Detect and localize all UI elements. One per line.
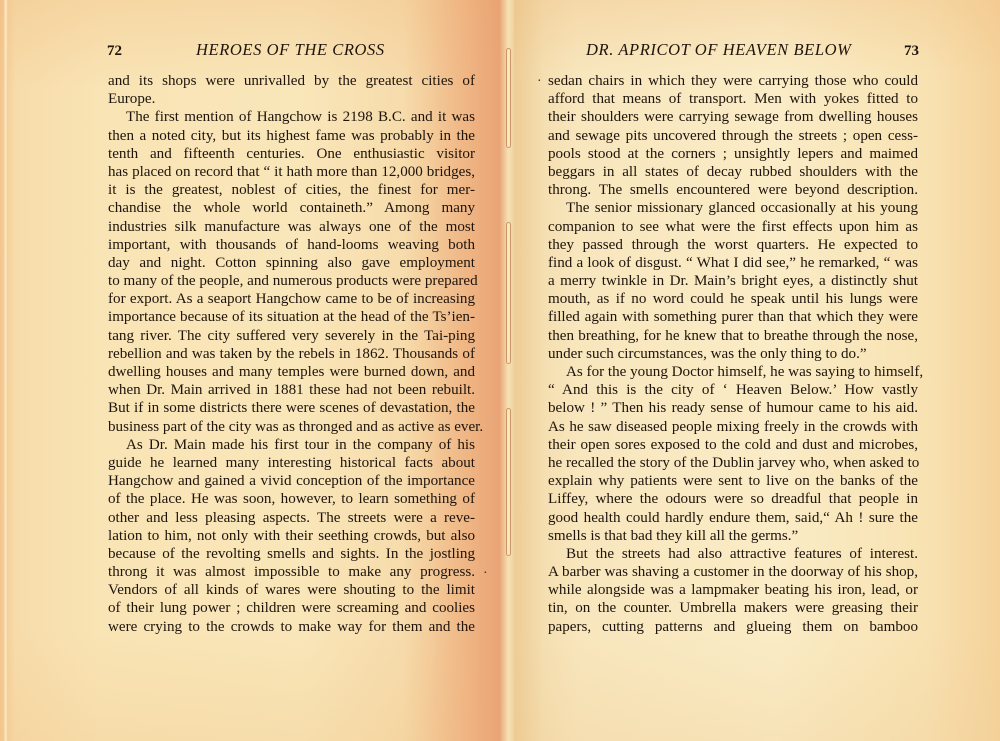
speck-mark: · [483,566,488,582]
right-page-number: 73 [904,41,919,61]
text-line: and its shops were unrivalled by the gre… [108,72,475,90]
text-line: papers, cutting patterns and glueing the… [548,618,918,636]
binding-stitch [506,48,511,148]
text-line: day and night. Cotton spinning also gave… [108,254,475,272]
text-line: pools stood at the corners ; unsightly l… [548,145,918,163]
text-line: throng. The smells encountered were beyo… [548,181,918,199]
text-line: find a look of disgust. “ What I did see… [548,254,918,272]
text-line: beggars in all states of decay rubbed sh… [548,163,918,181]
text-line: their open sores exposed to the cold and… [548,436,918,454]
text-line: of the place. He was soon, however, to l… [108,490,475,508]
text-line: guide he learned many interesting histor… [108,454,475,472]
text-line: tenth and fifteenth centuries. One enthu… [108,145,475,163]
text-line: mouth, as if no word could he speak unti… [548,290,918,308]
text-line: good health could hardly endure them, sa… [548,509,918,527]
text-line: But the streets had also attractive feat… [548,545,918,563]
text-line: dwelling houses and many temples were bu… [108,363,475,381]
text-line: then breathing, for he knew that to brea… [548,327,918,345]
text-line: tin, on the counter. Umbrella makers wer… [548,599,918,617]
left-running-head: HEROES OF THE CROSS [196,40,385,60]
text-line: sedan chairs in which they were carrying… [548,72,918,90]
text-line: tang river. The city suffered very sever… [108,327,475,345]
text-line: for export. As a seaport Hangchow came t… [108,290,475,308]
text-line: their shoulders were carrying sewage fro… [548,108,918,126]
text-line: importance because of its situation at t… [108,308,475,326]
text-line: afford that means of transport. Men with… [548,90,918,108]
text-line: explain why patients were sent to live o… [548,472,918,490]
text-line: “ And this is the city of ‘ Heaven Below… [548,381,918,399]
text-line: a merry twinkle in Dr. Main’s bright eye… [548,272,918,290]
text-line: smells is that bad they kill all the ger… [548,527,918,545]
text-line: while alongside was a lampmaker beating … [548,581,918,599]
text-line: other and less pleasing aspects. The str… [108,509,475,527]
speck-mark: · [537,74,542,90]
text-line: they passed through the worst quarters. … [548,236,918,254]
text-line: under such circumstances, was the only t… [548,345,918,363]
text-line: then a noted city, but its highest fame … [108,127,475,145]
text-line: has placed on record that “ it hath more… [108,163,475,181]
text-line: As for the young Doctor himself, he was … [548,363,918,381]
text-line: Liffey, where the odours were so dreadfu… [548,490,918,508]
text-line: it is the greatest, noblest of cities, t… [108,181,475,199]
text-line: rebellion and was taken by the rebels in… [108,345,475,363]
text-line: below ! ” Then his ready sense of humour… [548,399,918,417]
text-line: because of the revolting smells and sigh… [108,545,475,563]
text-line: lation to him, not only with their seeth… [108,527,475,545]
text-line: to many of the people, and numerous prod… [108,272,475,290]
text-line: companion to see what were the first eff… [548,218,918,236]
text-line: were crying to the crowds to make way fo… [108,618,475,636]
right-running-head: DR. APRICOT OF HEAVEN BELOW [586,40,851,60]
text-line: filled again with something purer than t… [548,308,918,326]
left-page: 72 HEROES OF THE CROSS and its shops wer… [0,0,504,741]
text-line: As he saw diseased people mixing freely … [548,418,918,436]
left-page-number: 72 [107,41,122,61]
right-page: DR. APRICOT OF HEAVEN BELOW 73 sedan cha… [504,0,1000,741]
binding-stitch [506,222,511,364]
text-line: A barber was shaving a customer in the d… [548,563,918,581]
text-line: chandise the whole world containeth.” Am… [108,199,475,217]
text-line: business part of the city was as thronge… [108,418,475,436]
text-line: Europe. [108,90,475,108]
text-line: The senior missionary glanced occasional… [548,199,918,217]
text-line: and sewage pits uncovered through the st… [548,127,918,145]
binding-stitch [506,408,511,556]
text-line: of their lung power ; children were scre… [108,599,475,617]
text-line: industries silk manufacture was always o… [108,218,475,236]
text-line: when Dr. Main arrived in 1881 these had … [108,381,475,399]
text-line: As Dr. Main made his first tour in the c… [108,436,475,454]
left-page-text: and its shops were unrivalled by the gre… [108,72,475,636]
text-line: he recalled the story of the Dublin jarv… [548,454,918,472]
right-page-text: sedan chairs in which they were carrying… [548,72,918,636]
text-line: Hangchow and gained a vivid conception o… [108,472,475,490]
text-line: But if in some districts there were scen… [108,399,475,417]
text-line: Vendors of all kinds of wares were shout… [108,581,475,599]
text-line: important, with thousands of hand-looms … [108,236,475,254]
text-line: throng it was almost impossible to make … [108,563,475,581]
text-line: The first mention of Hangchow is 2198 B.… [108,108,475,126]
